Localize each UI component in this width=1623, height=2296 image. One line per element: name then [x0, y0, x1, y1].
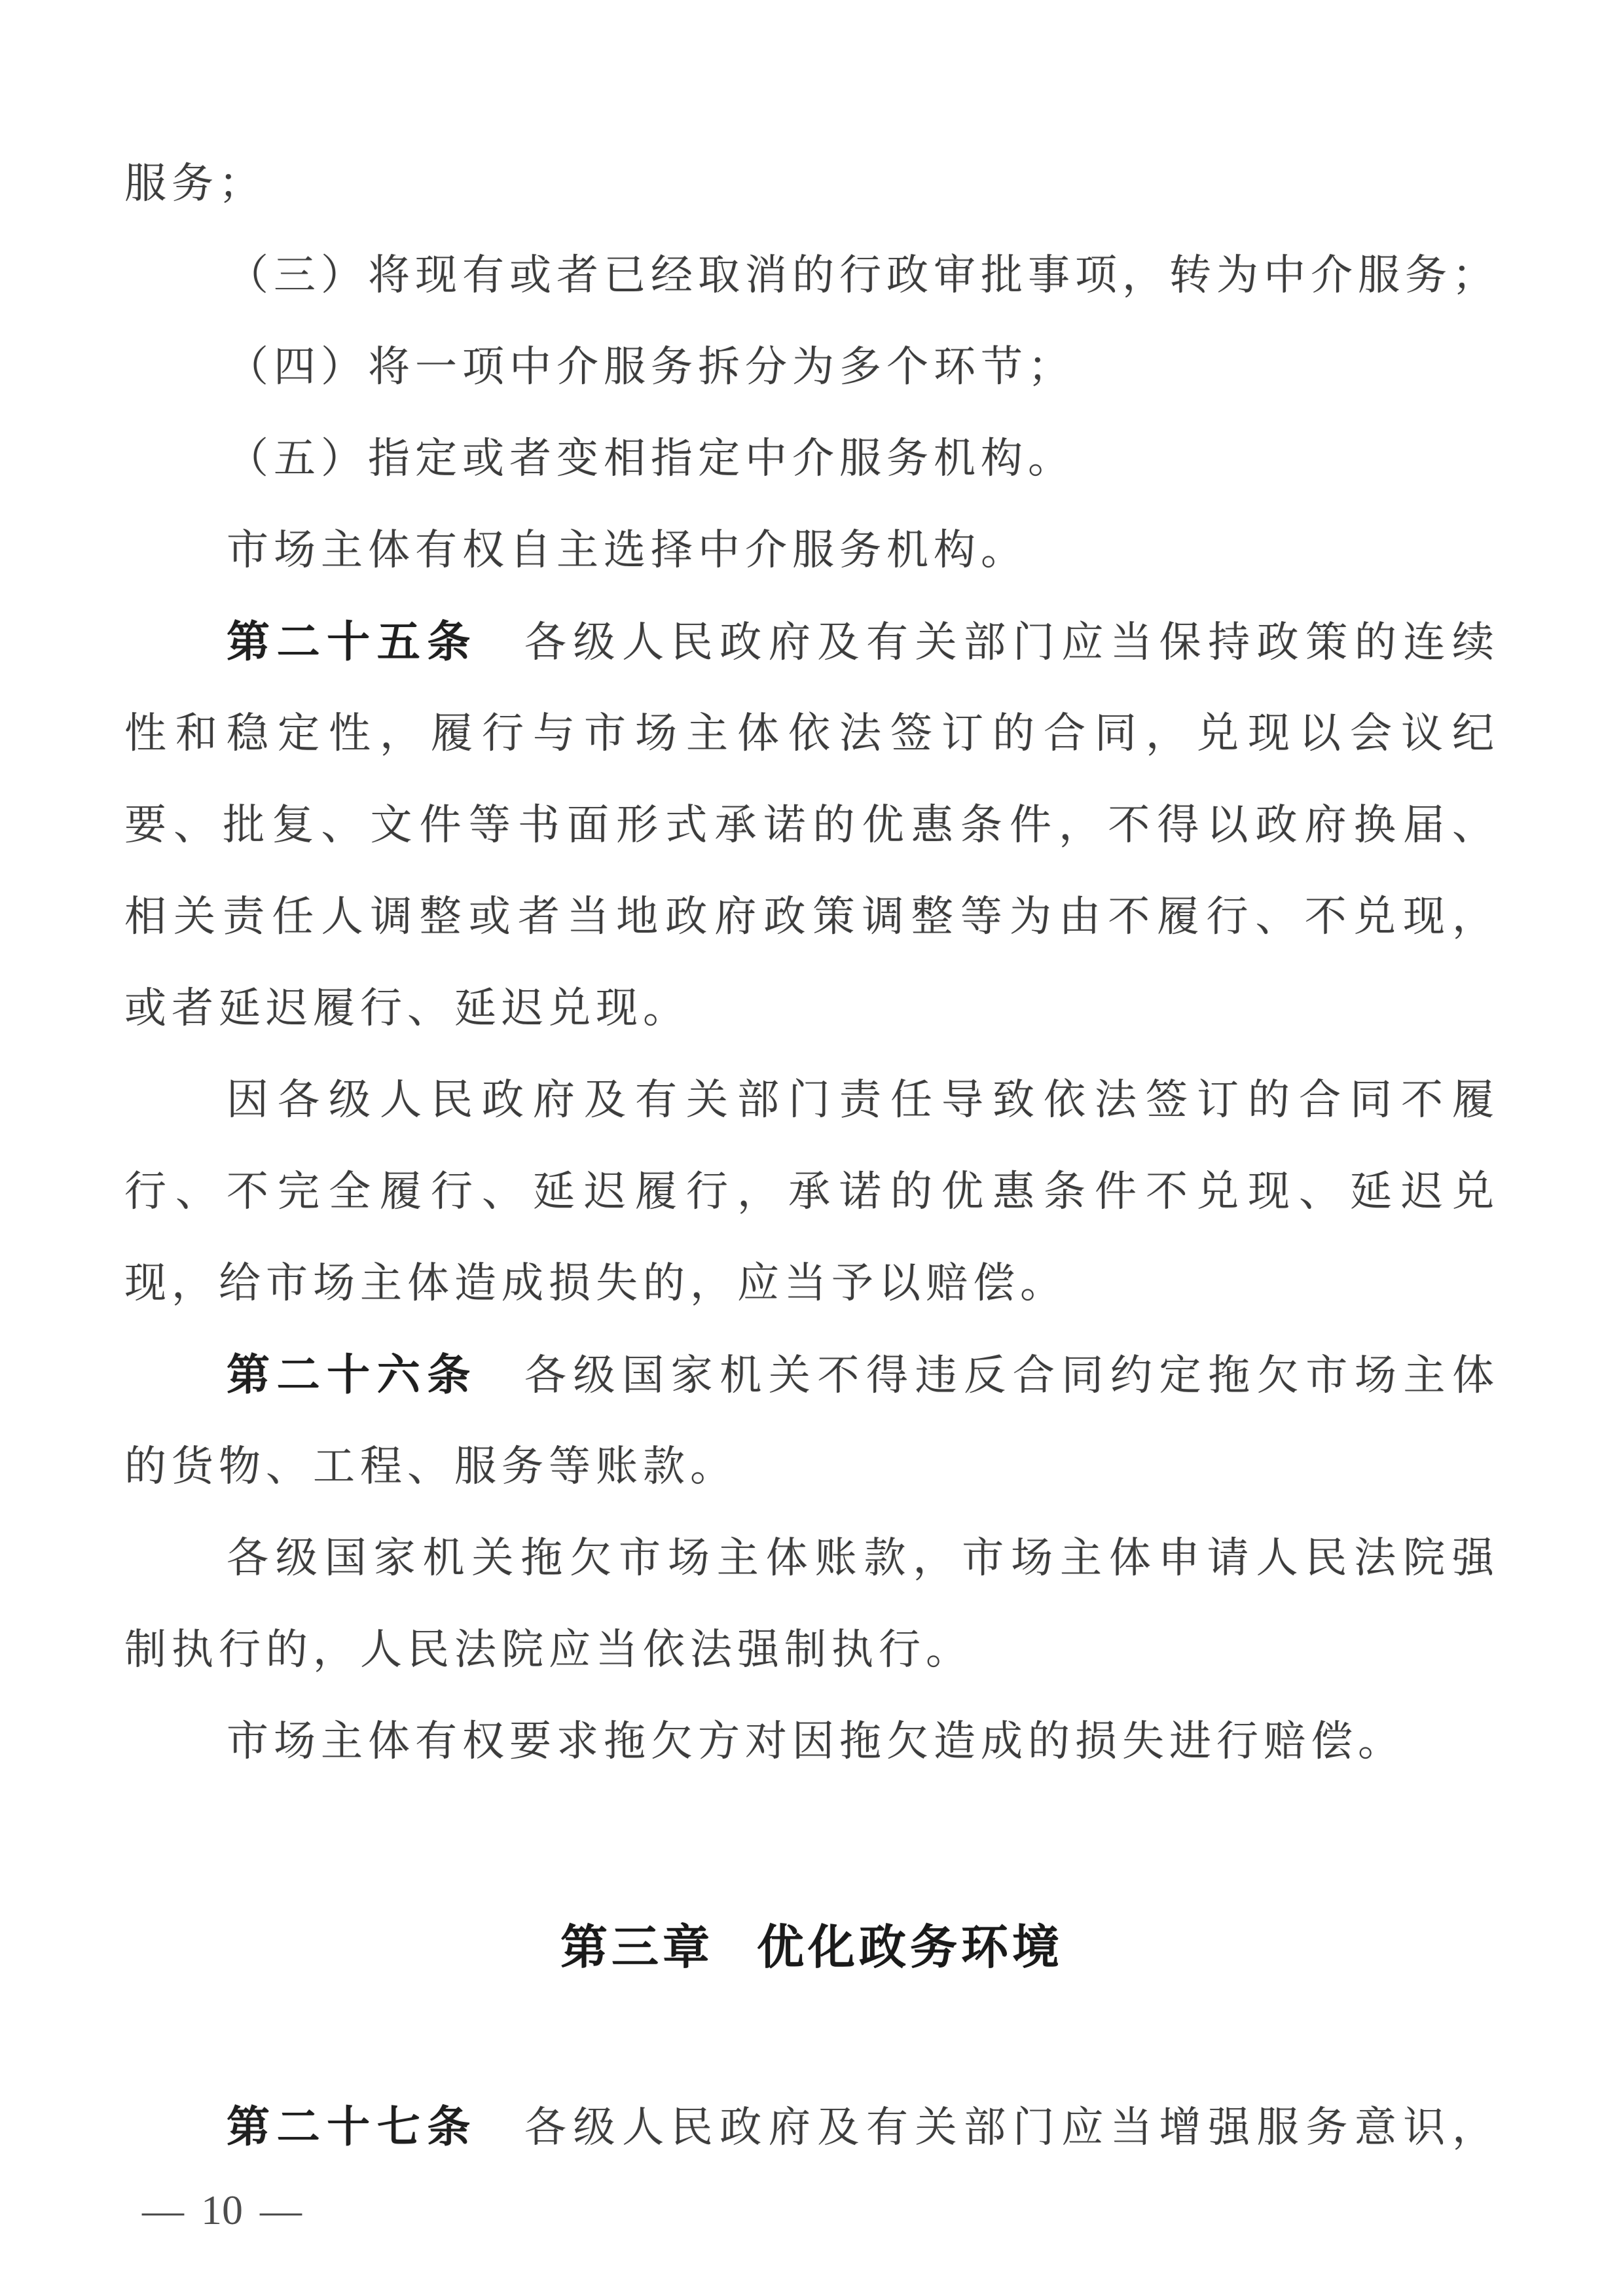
line-text: 或者延迟履行、延迟兑现。 — [124, 985, 690, 1031]
body-line-12: 行、不完全履行、延迟履行，承诺的优惠条件不兑现、延迟兑 — [124, 1146, 1499, 1238]
body-line-11: 因各级人民政府及有关部门责任导致依法签订的合同不履 — [124, 1054, 1499, 1146]
body-line-08: 要、批复、文件等书面形式承诺的优惠条件，不得以政府换届、 — [124, 780, 1499, 871]
line-text: 因各级人民政府及有关部门责任导致依法签订的合同不履 — [227, 1077, 1499, 1123]
body-line-16: 各级国家机关拖欠市场主体账款，市场主体申请人民法院强 — [124, 1513, 1499, 1604]
article-number-26: 第二十六条 — [227, 1350, 477, 1400]
page-footer: —10— — [142, 2187, 302, 2234]
line-text: 各级人民政府及有关部门应当保持政策的连续 — [524, 619, 1499, 666]
chapter-heading: 第三章优化政务环境 — [124, 1901, 1499, 1993]
line-text: 服务； — [124, 160, 266, 207]
line-text: 市场主体有权自主选择中介服务机构。 — [227, 527, 1028, 573]
line-text: 行、不完全履行、延迟履行，承诺的优惠条件不兑现、延迟兑 — [124, 1168, 1499, 1215]
body-line-02: （三）将现有或者已经取消的行政审批事项，转为中介服务； — [124, 230, 1499, 321]
body-line-10: 或者延迟履行、延迟兑现。 — [124, 963, 1499, 1054]
line-text: （五）指定或者变相指定中介服务机构。 — [227, 435, 1075, 482]
line-text: 各级人民政府及有关部门应当增强服务意识， — [524, 2104, 1499, 2151]
body-line-17: 制执行的，人民法院应当依法强制执行。 — [124, 1604, 1499, 1696]
line-text: 性和稳定性，履行与市场主体依法签订的合同，兑现以会议纪 — [124, 710, 1499, 757]
line-text: 相关责任人调整或者当地政府政策调整等为由不履行、不兑现， — [124, 893, 1499, 940]
footer-dash-right: — — [260, 2187, 302, 2233]
article-number-25: 第二十五条 — [227, 617, 477, 667]
page-number: 10 — [201, 2187, 243, 2233]
body-line-18: 市场主体有权要求拖欠方对因拖欠造成的损失进行赔偿。 — [124, 1696, 1499, 1787]
body-line-03: （四）将一项中介服务拆分为多个环节； — [124, 321, 1499, 413]
line-text: （四）将一项中介服务拆分为多个环节； — [227, 344, 1075, 390]
body-line-06: 第二十五条各级人民政府及有关部门应当保持政策的连续 — [124, 596, 1499, 688]
body-line-07: 性和稳定性，履行与市场主体依法签订的合同，兑现以会议纪 — [124, 688, 1499, 780]
body-line-09: 相关责任人调整或者当地政府政策调整等为由不履行、不兑现， — [124, 871, 1499, 963]
body-line-04: （五）指定或者变相指定中介服务机构。 — [124, 413, 1499, 505]
footer-dash-left: — — [142, 2187, 184, 2233]
text-block: 服务； （三）将现有或者已经取消的行政审批事项，转为中介服务； （四）将一项中介… — [124, 138, 1499, 2173]
body-line-13: 现，给市场主体造成损失的，应当予以赔偿。 — [124, 1238, 1499, 1329]
line-text: 制执行的，人民法院应当依法强制执行。 — [124, 1626, 973, 1673]
chapter-title: 优化政务环境 — [757, 1920, 1063, 1975]
body-line-05: 市场主体有权自主选择中介服务机构。 — [124, 505, 1499, 596]
body-line-14: 第二十六条各级国家机关不得违反合同约定拖欠市场主体 — [124, 1329, 1499, 1421]
line-text: 要、批复、文件等书面形式承诺的优惠条件，不得以政府换届、 — [124, 802, 1499, 848]
body-line-15: 的货物、工程、服务等账款。 — [124, 1421, 1499, 1513]
article-number-27: 第二十七条 — [227, 2102, 477, 2152]
line-text: 的货物、工程、服务等账款。 — [124, 1443, 737, 1490]
line-text: 各级国家机关拖欠市场主体账款，市场主体申请人民法院强 — [227, 1535, 1499, 1581]
body-line-19: 第二十七条各级人民政府及有关部门应当增强服务意识， — [124, 2081, 1499, 2173]
body-line-01: 服务； — [124, 138, 1499, 230]
document-page: 服务； （三）将现有或者已经取消的行政审批事项，转为中介服务； （四）将一项中介… — [0, 0, 1623, 2296]
line-text: 各级国家机关不得违反合同约定拖欠市场主体 — [524, 1352, 1499, 1399]
line-text: （三）将现有或者已经取消的行政审批事项，转为中介服务； — [227, 252, 1499, 298]
line-text: 市场主体有权要求拖欠方对因拖欠造成的损失进行赔偿。 — [227, 1718, 1405, 1765]
chapter-number: 第三章 — [560, 1920, 714, 1975]
line-text: 现，给市场主体造成损失的，应当予以赔偿。 — [124, 1260, 1067, 1306]
